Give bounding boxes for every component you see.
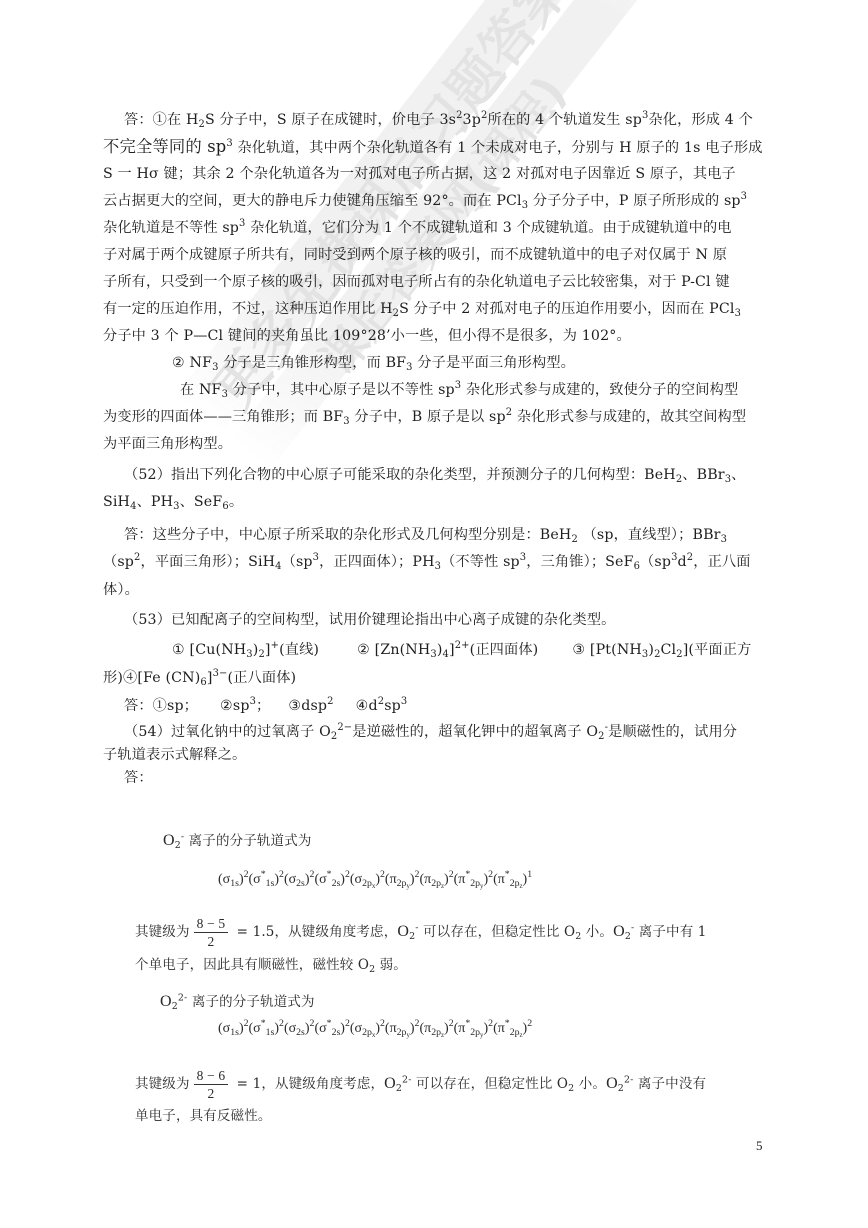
document-page: 更多免费课后习题答案资料尽在 课后答案网(课程) 答：①在 H2S 分子中，S … [0, 0, 868, 1228]
q51-answer-line-9: 分子中 3 个 P—Cl 键间的夹角虽比 109°28’小一些，但小得不是很多，… [103, 326, 773, 346]
peroxide-bond-order: 其键级为8 − 62 = 1，从键级角度考虑，O22- 可以存在，但稳定性比 O… [135, 1067, 805, 1102]
superoxide-title: O2- 离子的分子轨道式为 [163, 831, 833, 851]
peroxide-conclusion: 单电子，具有反磁性。 [135, 1106, 805, 1126]
page-number: 5 [756, 1138, 763, 1154]
q54-question-line-2: 子轨道表示式解释之。 [103, 745, 773, 765]
q53-question-line-3: 形)④[Fe (CN)6]3−(正八面体) [103, 668, 773, 688]
q54-question-line-1: （54）过氧化钠中的过氧离子 O22−是逆磁性的，超氧化钾中的超氧离子 O2-是… [124, 722, 794, 742]
superoxide-conclusion: 个单电子，因此具有顺磁性，磁性较 O2 弱。 [135, 955, 805, 975]
superoxide-bond-order: 其键级为8 − 52 = 1.5，从键级角度考虑，O2- 可以存在，但稳定性比 … [135, 915, 805, 950]
q51-answer-line-12: 为变形的四面体——三角锥形；而 BF3 分子中，B 原子是以 sp2 杂化形式参… [103, 407, 773, 427]
q54-answer-label: 答： [124, 768, 794, 788]
q53-question-line-2: ① [Cu(NH3)2]+(直线)② [Zn(NH3)4]2+(正四面体)③ [… [172, 640, 842, 660]
q53-question-line-1: （53）已知配离子的空间构型，试用价键理论指出中心离子成键的杂化类型。 [124, 610, 794, 630]
q53-answer: 答：①sp；②sp3；③dsp2④d2sp3 [124, 696, 794, 716]
q51-answer-line-10: ② NF3 分子是三角锥形构型，而 BF3 分子是平面三角形构型。 [172, 353, 842, 373]
peroxide-title: O22- 离子的分子轨道式为 [160, 992, 830, 1012]
peroxide-mo-config: (σ1s)²(σ*1s)²(σ2s)²(σ*2s)²(σ2px)²(π2py)²… [218, 1021, 532, 1037]
bond-order-fraction: 8 − 62 [194, 1067, 229, 1102]
q51-answer-line-11: 在 NF3 分子中，其中心原子是以不等性 sp3 杂化形式参与成建的，致使分子的… [180, 380, 850, 400]
q51-answer-line-1: 答：①在 H2S 分子中，S 原子在成键时，价电子 3s23p2所在的 4 个轨… [124, 110, 794, 130]
q52-question-line-2: SiH4、PH3、SeF6。 [103, 492, 773, 512]
q51-answer-line-6: 子对属于两个成键原子所共有，同时受到两个原子核的吸引，而不成键轨道中的电子对仅属… [103, 245, 773, 265]
q52-answer-line-1: 答：这些分子中，中心原子所采取的杂化形式及几何构型分别是：BeH2 （sp，直线… [124, 525, 794, 545]
q51-answer-line-4: 云占据更大的空间，更大的静电斥力使键角压缩至 92°。而在 PCl3 分子分子中… [103, 191, 773, 211]
q51-answer-line-13: 为平面三角形构型。 [103, 434, 773, 454]
superoxide-mo-config: (σ1s)²(σ*1s)²(σ2s)²(σ*2s)²(σ2px)²(π2py)²… [218, 872, 532, 888]
q52-answer-line-2: （sp2，平面三角形）；SiH4（sp3，正四面体）；PH3（不等性 sp3，三… [103, 552, 773, 572]
bond-order-fraction: 8 − 52 [194, 915, 229, 950]
q52-question-line-1: （52）指出下列化合物的中心原子可能采取的杂化类型，并预测分子的几何构型：BeH… [124, 465, 794, 485]
q51-answer-line-8: 有一定的压迫作用，不过，这种压迫作用比 H2S 分子中 2 对孤对电子的压迫作用… [103, 299, 773, 319]
q52-answer-line-3: 体）。 [103, 580, 773, 600]
q51-answer-line-5: 杂化轨道是不等性 sp3 杂化轨道，它们分为 1 个不成键轨道和 3 个成键轨道… [103, 218, 773, 238]
q51-answer-line-3: S 一 Hσ 键；其余 2 个杂化轨道各为一对孤对电子所占据，这 2 对孤对电子… [103, 164, 773, 184]
q51-answer-line-7: 子所有，只受到一个原子核的吸引，因而孤对电子所占有的杂化轨道电子云比较密集，对于… [103, 272, 773, 292]
q51-answer-line-2: 不完全等同的 sp3 杂化轨道，其中两个杂化轨道各有 1 个未成对电子，分别与 … [103, 137, 773, 158]
